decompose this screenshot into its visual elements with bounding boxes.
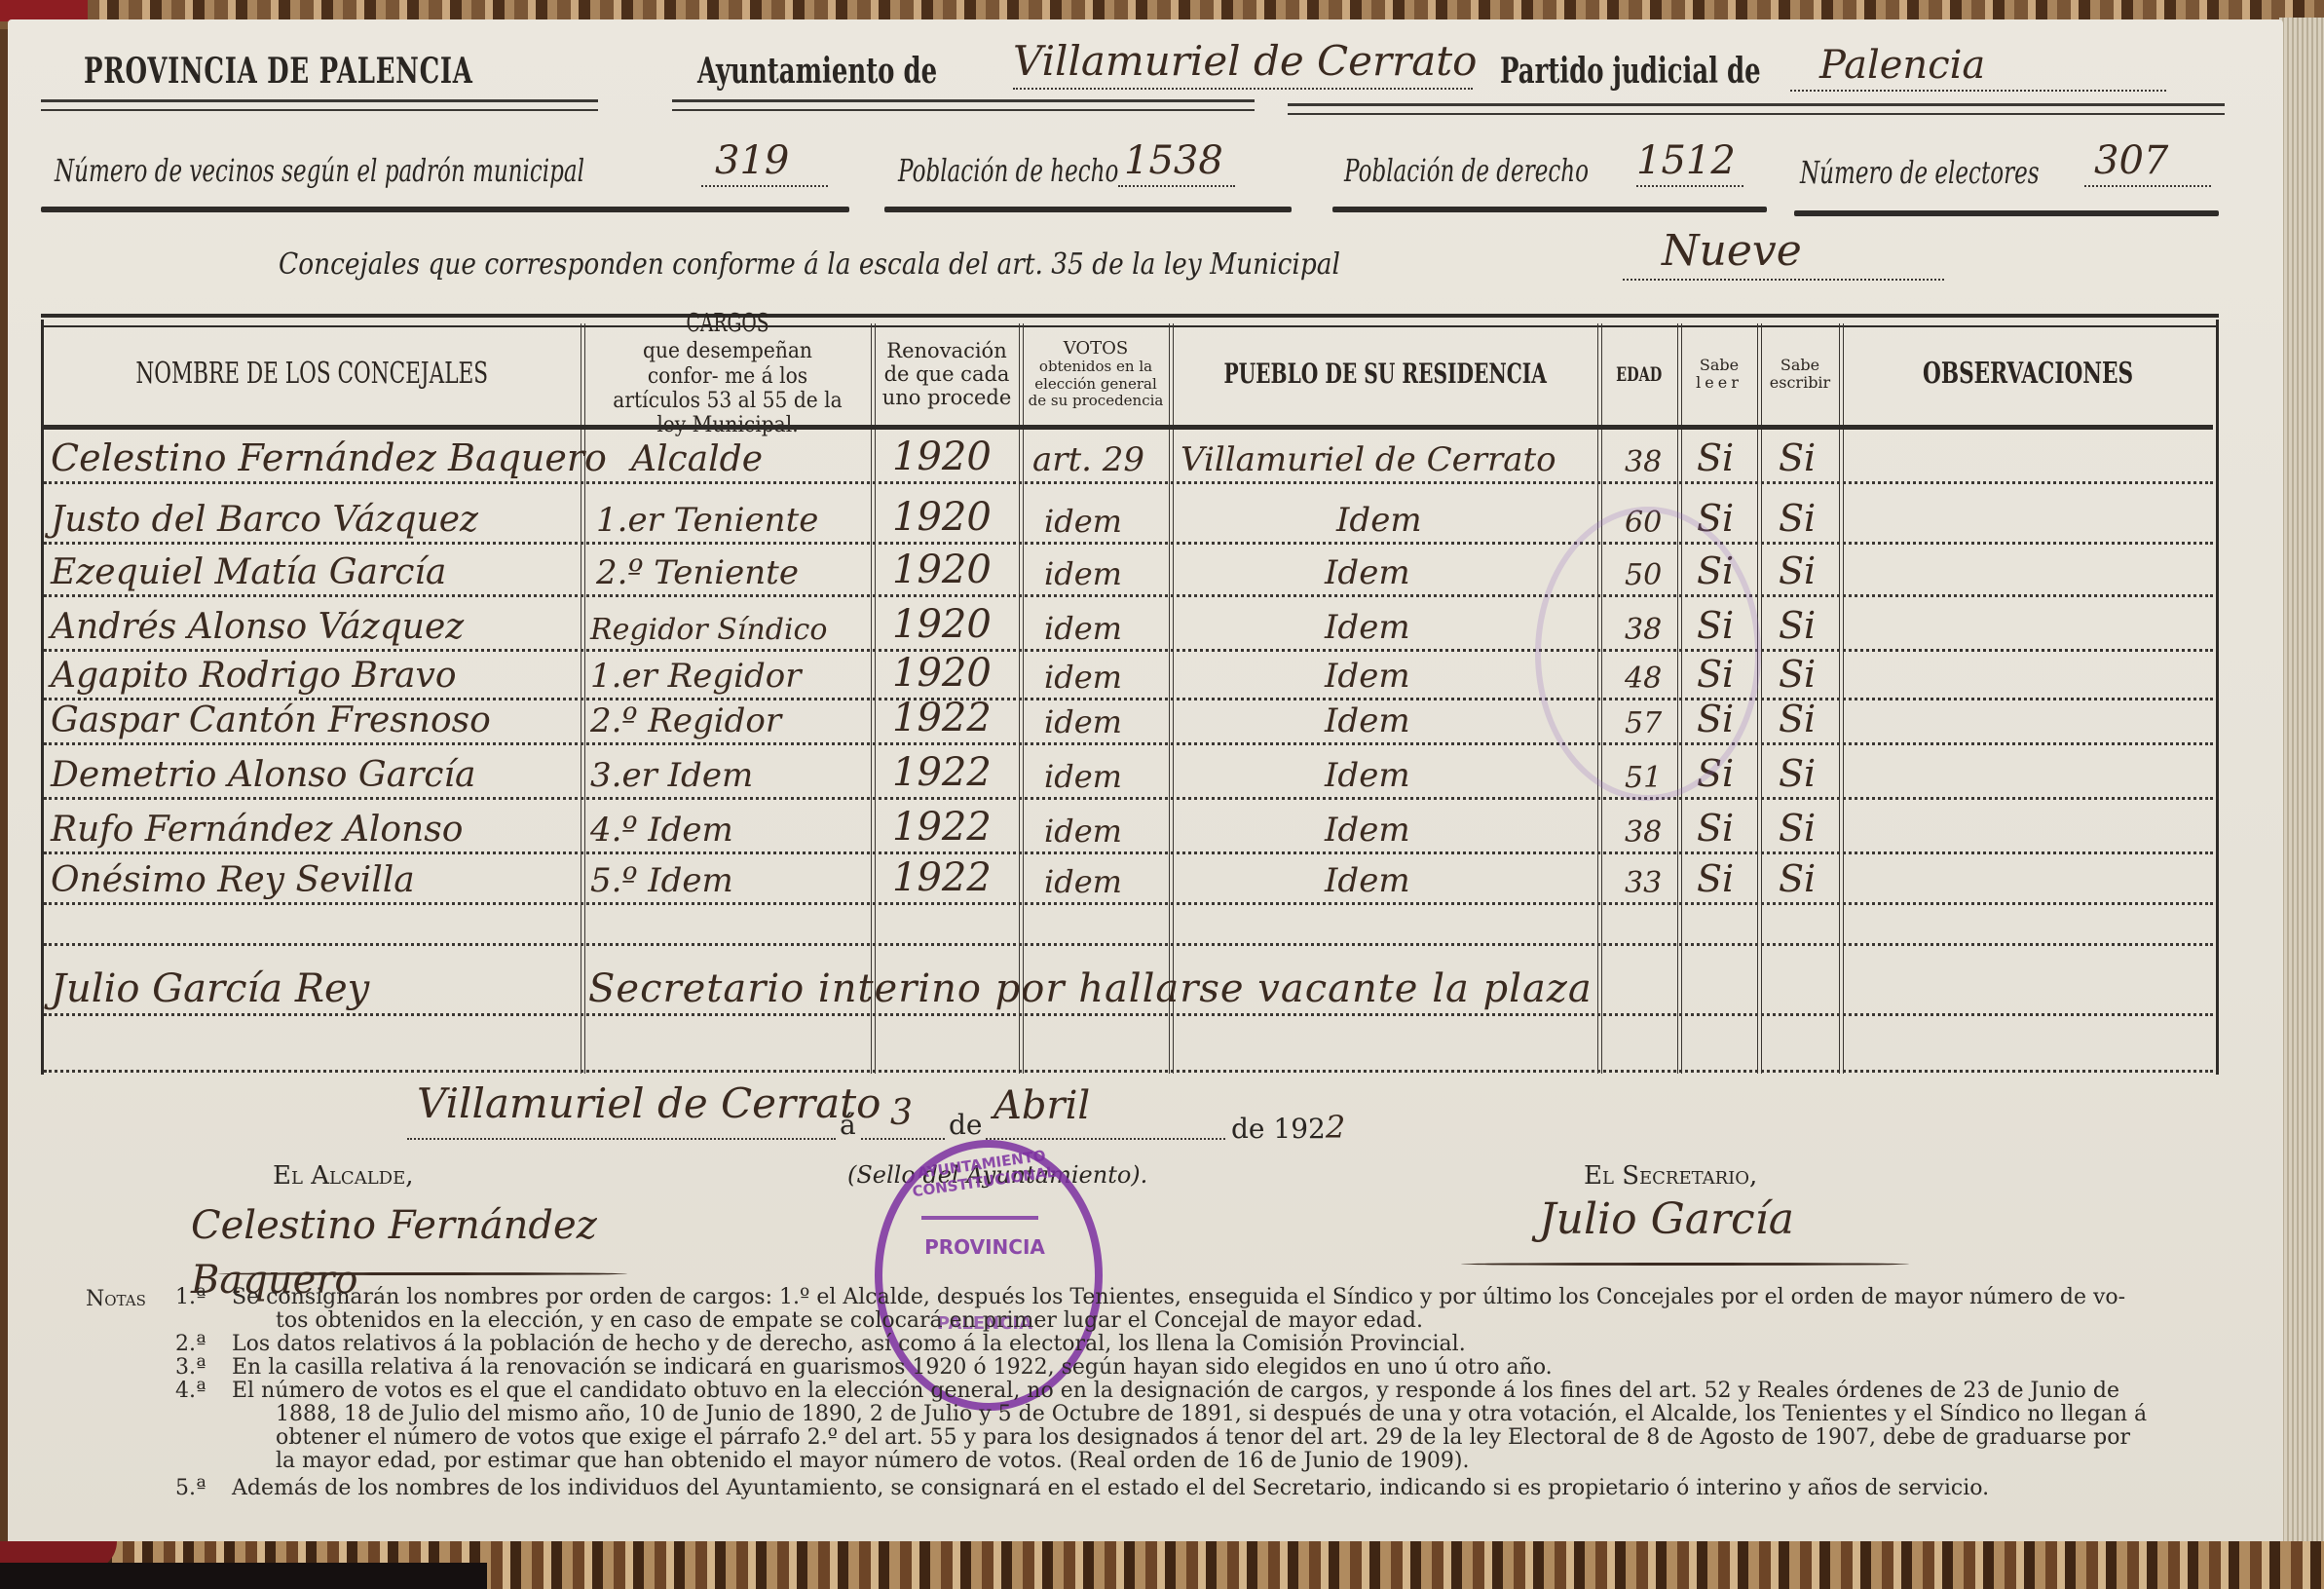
dateline-day: 3 (890, 1093, 913, 1133)
stamp-bar (921, 1216, 1038, 1220)
note-number: 1.ª (175, 1286, 206, 1309)
cell-votos: idem (1044, 653, 1122, 696)
cell-escribir: Si (1779, 497, 1816, 540)
alcalde-label: El Alcalde, (273, 1161, 414, 1191)
cell-renovacion: 1922 (892, 700, 992, 740)
cell-pueblo: Idem (1325, 604, 1410, 647)
column-header-edad: EDAD (1601, 323, 1677, 425)
column-header-renovacion: Renovación de que cada uno procede (875, 323, 1019, 425)
cell-renovacion: 1920 (892, 549, 992, 592)
rule (1332, 207, 1767, 212)
row-rule (44, 1070, 2213, 1073)
cell-escribir: Si (1779, 752, 1816, 795)
cell-votos: idem (1044, 857, 1122, 900)
derecho-value: 1512 (1636, 138, 1736, 183)
note-text: Además de los nombres de los individuos … (232, 1477, 2229, 1500)
cell-votos: idem (1044, 497, 1122, 540)
cell-votos: idem (1044, 752, 1122, 795)
rule (41, 207, 849, 212)
cell-renovacion: 1922 (892, 857, 992, 900)
note-number: 4.ª (175, 1380, 206, 1403)
rule (41, 99, 598, 111)
cell-escribir: Si (1779, 807, 1816, 850)
cell-renovacion: 1920 (892, 435, 992, 479)
stamp-center-text: PROVINCIA (902, 1235, 1068, 1259)
cell-cargo: Alcalde (631, 435, 763, 479)
cell-cargo: 3.er Idem (590, 752, 753, 795)
page-edges (2279, 18, 2324, 1547)
partido-field: Palencia (1790, 43, 2166, 92)
cell-pueblo: Villamuriel de Cerrato (1181, 435, 1556, 479)
cell-nombre: Celestino Fernández Baquero (51, 435, 607, 479)
notes-label: Notas (86, 1288, 146, 1311)
dateline-place-field: Villamuriel de Cerrato (407, 1095, 836, 1140)
cell-leer: Si (1697, 807, 1734, 850)
ayuntamiento-field: Villamuriel de Cerrato (1013, 37, 1473, 90)
concejales-value: Nueve (1662, 226, 1802, 276)
cell-edad: 38 (1625, 811, 1662, 850)
vecinos-field: 319 (701, 146, 828, 187)
cell-cargo: 2.º Regidor (590, 700, 781, 740)
cell-pueblo: Idem (1336, 497, 1422, 540)
dateline-place: Villamuriel de Cerrato (417, 1079, 881, 1127)
electores-field: 307 (2084, 146, 2211, 187)
book-binding-bottom (0, 1541, 2324, 1589)
cell-renovacion: 1920 (892, 604, 992, 647)
cell-leer: Si (1697, 435, 1734, 479)
column-header-nombre: NOMBRE DE LOS CONCEJALES (44, 323, 581, 425)
note-text: En la casilla relativa á la renovación s… (232, 1356, 2229, 1380)
dateline-day-field: 3 (861, 1101, 945, 1140)
ayuntamiento-value: Villamuriel de Cerrato (1013, 37, 1477, 85)
row-rule (44, 851, 2213, 854)
cell-pueblo: Idem (1325, 653, 1410, 696)
column-header-sabe-escribir: Sabe escribir (1761, 323, 1839, 425)
cell-renovacion: 1920 (892, 653, 992, 696)
cell-cargo: Regidor Síndico (590, 604, 827, 647)
signature-flourish (1461, 1263, 1909, 1266)
cell-cargo: 5.º Idem (590, 857, 733, 900)
cell-votos: idem (1044, 807, 1122, 850)
secretario-signature: Julio García (1539, 1194, 1794, 1244)
rule (884, 207, 1292, 212)
concejales-label: Concejales que corresponden conforme á l… (279, 247, 1485, 282)
cell-leer: Si (1697, 857, 1734, 900)
cell-renovacion: 1922 (892, 752, 992, 795)
cell-pueblo: Idem (1325, 700, 1410, 740)
cell-secretary-remark: Secretario interino por hallarse vacante… (588, 963, 1593, 1011)
cell-edad: 33 (1625, 861, 1662, 900)
cell-escribir: Si (1779, 700, 1816, 740)
row-rule (44, 594, 2213, 597)
secretario-label: El Secretario, (1584, 1161, 1757, 1191)
row-rule (44, 649, 2213, 652)
derecho-field: 1512 (1636, 146, 1743, 187)
note-number: 2.ª (175, 1333, 206, 1356)
row-rule (44, 1013, 2213, 1016)
cell-cargo: 1.er Teniente (596, 497, 818, 540)
cell-cargo: 1.er Regidor (590, 653, 801, 696)
row-rule (44, 742, 2213, 745)
cell-nombre: Demetrio Alonso García (51, 752, 475, 795)
cell-escribir: Si (1779, 549, 1816, 592)
note-text: la mayor edad, por estimar que han obten… (276, 1450, 2233, 1473)
row-rule (44, 481, 2213, 484)
cell-nombre: Justo del Barco Vázquez (51, 497, 478, 540)
rule (1794, 210, 2219, 216)
column-header-votos: VOTOS obtenidos en la elección general d… (1023, 323, 1169, 425)
dateline-month: Abril (993, 1083, 1090, 1128)
column-header-pueblo: PUEBLO DE SU RESIDENCIA (1173, 323, 1597, 425)
cell-pueblo: Idem (1325, 752, 1410, 795)
note-text: Se consignarán los nombres por orden de … (232, 1286, 2229, 1309)
electores-label: Número de electores (1800, 154, 2132, 191)
rule (1288, 103, 2225, 115)
note-text: El número de votos es el que el candidat… (232, 1380, 2229, 1403)
cell-cargo: 2.º Teniente (596, 549, 799, 592)
cell-cargo: 4.º Idem (590, 807, 733, 850)
cell-escribir: Si (1779, 435, 1816, 479)
cell-nombre: Onésimo Rey Sevilla (51, 857, 415, 900)
signature-flourish (218, 1272, 627, 1275)
rule (672, 99, 1255, 111)
cell-renovacion: 1922 (892, 807, 992, 850)
concejales-field: Nueve (1623, 240, 1944, 281)
note-text: obtener el número de votos que exige el … (276, 1426, 2233, 1450)
cell-votos: idem (1044, 700, 1122, 740)
column-header-observaciones: OBSERVACIONES (1843, 323, 2213, 425)
row-rule (44, 902, 2213, 905)
dateline-year: de 1922 (1231, 1109, 1345, 1146)
cell-nombre: Agapito Rodrigo Bravo (51, 653, 457, 696)
dateline-a-label: á (840, 1109, 856, 1141)
cell-renovacion: 1920 (892, 497, 992, 540)
vecinos-label: Número de vecinos según el padrón munici… (55, 152, 791, 189)
cell-nombre: Andrés Alonso Vázquez (51, 604, 464, 647)
dateline-month-field: Abril (986, 1097, 1225, 1140)
cell-nombre: Gaspar Cantón Fresnoso (51, 700, 491, 740)
hecho-field: 1538 (1118, 146, 1235, 187)
note-text: tos obtenidos en la elección, y en caso … (276, 1309, 2233, 1333)
ayuntamiento-label: Ayuntamiento de (697, 51, 1031, 92)
faded-stamp-icon (1535, 507, 1761, 801)
cell-secretary-name: Julio García Rey (51, 963, 369, 1011)
cell-pueblo: Idem (1325, 807, 1410, 850)
cell-votos: idem (1044, 549, 1122, 592)
partido-value: Palencia (1819, 43, 1985, 88)
row-rule (44, 797, 2213, 800)
cell-votos: art. 29 (1032, 435, 1144, 479)
province-title: PROVINCIA DE PALENCIA (84, 51, 624, 92)
row-rule (44, 943, 2213, 946)
dateline-de-label: de (949, 1109, 983, 1141)
cell-escribir: Si (1779, 857, 1816, 900)
cell-escribir: Si (1779, 604, 1816, 647)
note-number: 3.ª (175, 1356, 206, 1380)
hecho-value: 1538 (1124, 138, 1223, 183)
column-header-sabe-leer: Sabe leer (1681, 323, 1757, 425)
electores-value: 307 (2094, 138, 2168, 183)
column-header-cargos: CARGOS que desempeñan confor- me á los a… (584, 323, 871, 425)
derecho-label: Población de derecho (1344, 152, 1684, 189)
note-number: 5.ª (175, 1477, 206, 1500)
cell-nombre: Rufo Fernández Alonso (51, 807, 463, 850)
row-rule (44, 542, 2213, 545)
note-text: 1888, 18 de Julio del mismo año, 10 de J… (276, 1403, 2233, 1426)
cell-escribir: Si (1779, 653, 1816, 696)
note-text: Los datos relativos á la población de he… (232, 1333, 2229, 1356)
cell-pueblo: Idem (1325, 549, 1410, 592)
cell-pueblo: Idem (1325, 857, 1410, 900)
header-rule (44, 425, 2213, 430)
vecinos-value: 319 (715, 138, 789, 183)
cell-edad: 38 (1625, 440, 1662, 479)
cell-nombre: Ezequiel Matía García (51, 549, 446, 592)
cell-votos: idem (1044, 604, 1122, 647)
